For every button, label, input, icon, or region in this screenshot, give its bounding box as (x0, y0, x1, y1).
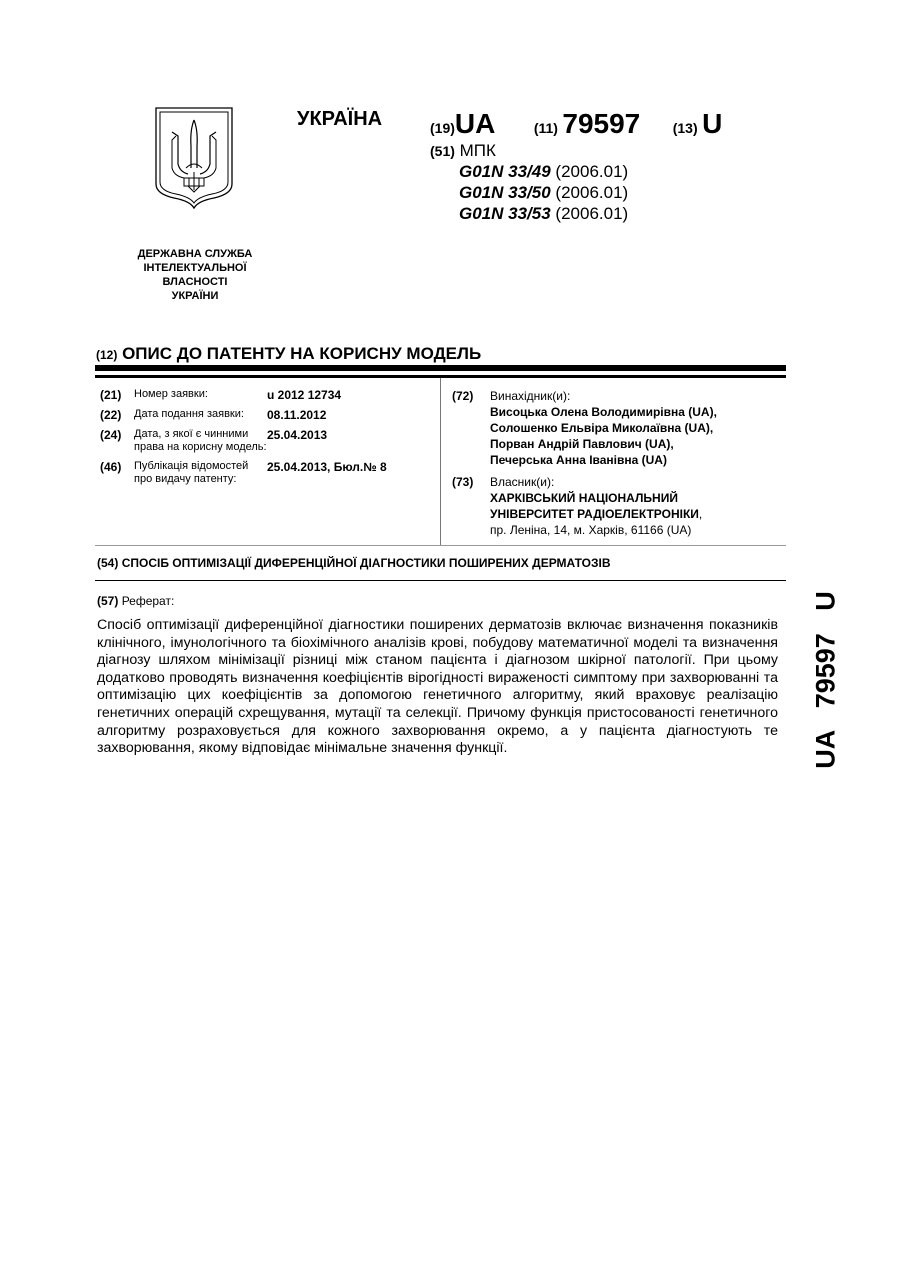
kind-label: (13) (673, 120, 698, 136)
owner-name: ХАРКІВСЬКИЙ НАЦІОНАЛЬНИЙ (490, 491, 678, 505)
country-name: УКРАЇНА (297, 108, 382, 131)
ipc-item: G01N 33/49 (2006.01) (459, 161, 628, 182)
inventor-name: Печерська Анна Іванівна (UA) (490, 453, 667, 467)
office-line: ВЛАСНОСТІ (108, 275, 282, 289)
biblio-row: (21) Номер заявки: u 2012 12734 (100, 388, 440, 402)
ipc-list: G01N 33/49 (2006.01) G01N 33/50 (2006.01… (459, 161, 628, 224)
divider-title-bottom (95, 580, 786, 581)
coat-of-arms-icon (154, 106, 234, 210)
country-code-label: (19) (430, 120, 455, 136)
column-divider (440, 378, 441, 545)
inventor-name: Порван Андрій Павлович (UA), (490, 437, 674, 451)
parties: (72) Винахідник(и): Висоцька Олена Волод… (452, 388, 792, 544)
doc-title-text: ОПИС ДО ПАТЕНТУ НА КОРИСНУ МОДЕЛЬ (122, 344, 481, 363)
owner-name: УНІВЕРСИТЕТ РАДІОЕЛЕКТРОНІКИ (490, 507, 699, 521)
ipc-item: G01N 33/53 (2006.01) (459, 203, 628, 224)
owner-address: пр. Леніна, 14, м. Харків, 61166 (UA) (490, 522, 702, 538)
office-name: ДЕРЖАВНА СЛУЖБА ІНТЕЛЕКТУАЛЬНОЇ ВЛАСНОСТ… (108, 247, 282, 303)
ipc-header: (51) МПК (430, 141, 496, 161)
divider-thick (95, 365, 786, 371)
ipc-label: (51) (430, 143, 455, 159)
document-codes: (19)UA (11) 79597 (13) U (430, 108, 722, 140)
invention-title: (54) СПОСІБ ОПТИМІЗАЦІЇ ДИФЕРЕНЦІЙНОЇ ДІ… (97, 556, 611, 570)
biblio-row: (46) Публікація відомостей про видачу па… (100, 460, 440, 486)
side-document-number: UA 79597 U (806, 585, 846, 775)
biblio-row: (24) Дата, з якої є чинними права на кор… (100, 428, 440, 454)
inventor-name: Висоцька Олена Володимирівна (UA), (490, 405, 717, 419)
bibliographic-data: (21) Номер заявки: u 2012 12734 (22) Дат… (100, 388, 440, 492)
abstract-header: (57) Реферат: (97, 594, 174, 608)
office-line: УКРАЇНИ (108, 289, 282, 303)
doc-title-label: (12) (96, 348, 117, 362)
kind-code: U (702, 108, 722, 139)
office-line: ДЕРЖАВНА СЛУЖБА (108, 247, 282, 261)
patent-number: 79597 (562, 108, 640, 139)
inventors: (72) Винахідник(и): Висоцька Олена Волод… (452, 388, 792, 468)
number-label: (11) (534, 120, 558, 136)
owner: (73) Власник(и): ХАРКІВСЬКИЙ НАЦІОНАЛЬНИ… (452, 474, 792, 538)
ipc-title: МПК (460, 141, 496, 160)
biblio-row: (22) Дата подання заявки: 08.11.2012 (100, 408, 440, 422)
abstract-text: Спосіб оптимізації диференційної діагнос… (97, 617, 778, 758)
inventor-name: Солошенко Ельвіра Миколаївна (UA), (490, 421, 713, 435)
office-line: ІНТЕЛЕКТУАЛЬНОЇ (108, 261, 282, 275)
ipc-item: G01N 33/50 (2006.01) (459, 182, 628, 203)
country-code: UA (455, 108, 495, 139)
divider-biblio-bottom (95, 545, 786, 546)
document-title: (12) ОПИС ДО ПАТЕНТУ НА КОРИСНУ МОДЕЛЬ (96, 344, 481, 364)
